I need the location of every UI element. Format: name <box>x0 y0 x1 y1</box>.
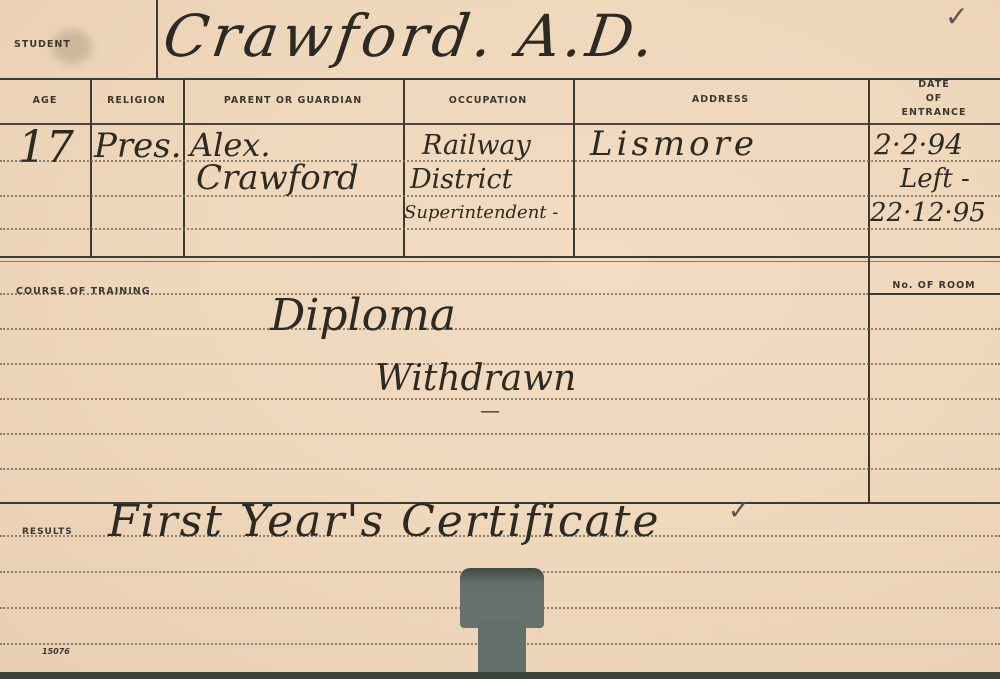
form-number: 15076 <box>42 645 70 659</box>
date-value-line3: 22·12·95 <box>870 198 986 228</box>
religion-header: RELIGION <box>90 94 183 108</box>
dotted-line <box>0 468 1000 470</box>
dotted-line <box>0 328 1000 330</box>
dotted-line <box>0 433 1000 435</box>
age-value: 17 <box>18 122 74 173</box>
occupation-value-line3: Superintendent - <box>404 202 558 223</box>
course-value-line1: Diploma <box>270 290 456 341</box>
occupation-header: OCCUPATION <box>403 94 573 108</box>
dotted-line <box>0 195 1000 197</box>
occupation-value-line1: Railway <box>422 130 531 161</box>
date-value-line1: 2·2·94 <box>874 128 963 161</box>
check-mark-icon: ✓ <box>945 0 968 33</box>
age-header: AGE <box>0 94 90 108</box>
student-label: STUDENT <box>14 38 71 52</box>
results-value: First Year's Certificate <box>108 496 661 547</box>
date-header-line3: ENTRANCE <box>868 106 1000 120</box>
course-value-line3: — <box>480 398 500 422</box>
rule-room-label <box>868 293 1000 295</box>
rule-under-entry <box>0 256 1000 258</box>
results-label: RESULTS <box>22 525 73 539</box>
course-label: COURSE OF TRAINING <box>16 285 151 299</box>
background-edge <box>0 672 1000 679</box>
card-notch-stem <box>478 620 526 679</box>
divider-student <box>156 0 158 78</box>
occupation-value-line2: District <box>410 164 513 195</box>
date-value-line2: Left - <box>900 164 970 194</box>
student-name: Crawford. A.D. <box>159 2 662 70</box>
course-value-line2: Withdrawn <box>375 358 576 399</box>
rule-under-headers <box>0 123 1000 125</box>
dotted-line <box>0 228 1000 230</box>
parent-header: PARENT OR GUARDIAN <box>183 94 403 108</box>
card-notch-top <box>460 568 544 628</box>
address-value: Lismore <box>590 124 758 164</box>
date-header-line2: OF <box>868 92 1000 106</box>
results-check-mark-icon: ✓ <box>728 496 750 526</box>
rule-under-student <box>0 78 1000 80</box>
date-header-line1: DATE <box>868 78 1000 92</box>
rule-under-entry-2 <box>0 261 1000 262</box>
student-record-card: STUDENT AGE RELIGION PARENT OR GUARDIAN … <box>0 0 1000 672</box>
room-label: No. OF ROOM <box>868 279 1000 293</box>
religion-value: Pres. <box>94 126 182 166</box>
parent-value-line2: Crawford <box>196 158 359 198</box>
address-header: ADDRESS <box>573 93 868 107</box>
divider-room <box>868 258 870 502</box>
